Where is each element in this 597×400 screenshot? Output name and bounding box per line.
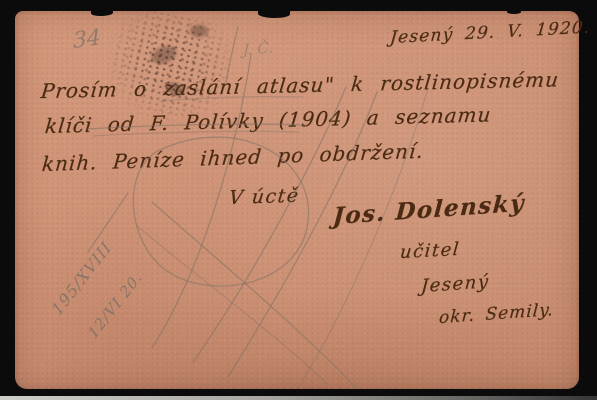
pencil-initials: J. Č.: [243, 38, 273, 59]
scanned-photo-background: 34 J. Č. 195/XVIII 12/VI 20. Jesený 29. …: [0, 0, 597, 400]
handwritten-body-line-2: klíči od F. Polívky (1904) a seznamu: [44, 102, 493, 138]
pencil-archive-number: 34: [73, 25, 102, 54]
handwritten-signature-name: Jos. Dolenský: [332, 189, 526, 230]
handwritten-body-line-1: Prosím o zaslání atlasu" k rostlinopisné…: [40, 67, 561, 103]
torn-edge-notch: [258, 10, 290, 19]
handwritten-signature-role: učitel: [399, 239, 461, 263]
pencil-reference-date: 12/VI 20.: [84, 268, 146, 342]
ink-blot: [149, 43, 179, 67]
handwritten-signature-place: Jesený: [420, 271, 490, 297]
handwritten-body-line-3: knih. Peníze ihned po obdržení.: [41, 139, 425, 176]
postcard: 34 J. Č. 195/XVIII 12/VI 20. Jesený 29. …: [15, 11, 579, 389]
handwritten-date-line: Jesený 29. V. 1920.: [389, 17, 591, 48]
ink-blot: [190, 25, 208, 37]
torn-edge-notch: [507, 10, 521, 14]
scan-edge-strip: [0, 396, 597, 400]
handwritten-signature-district: okr. Semily.: [438, 300, 554, 328]
handwritten-closing: V úctě: [228, 184, 301, 209]
torn-edge-notch: [91, 10, 113, 17]
